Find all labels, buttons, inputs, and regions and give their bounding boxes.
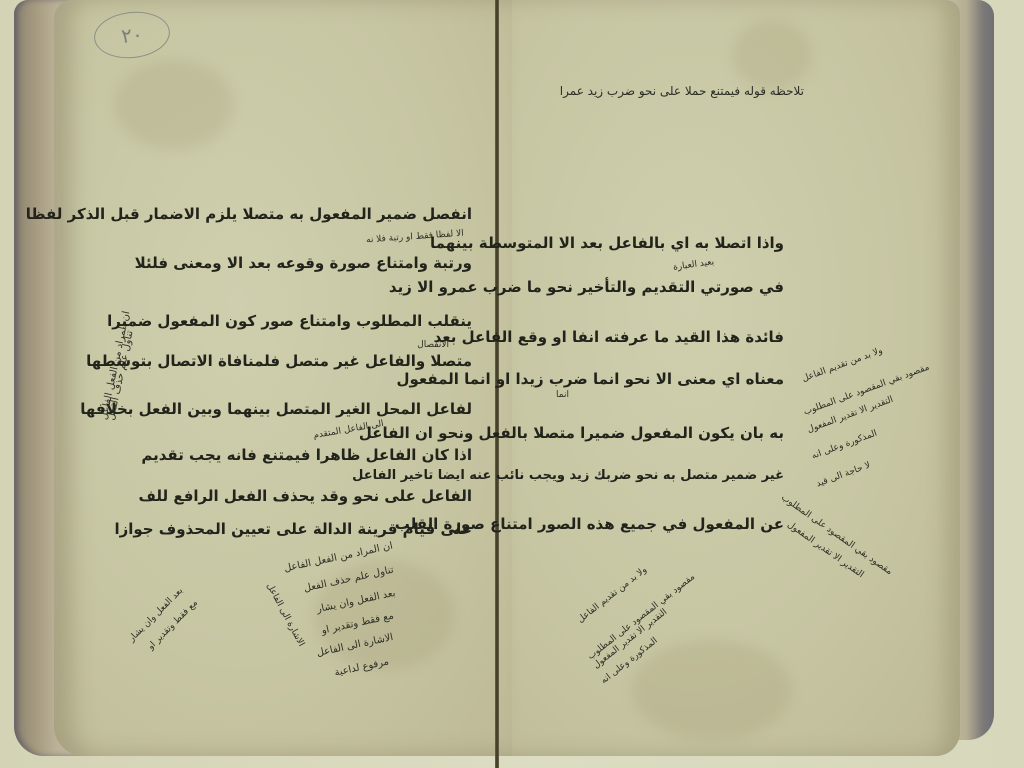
right-main-line: غير ضمير متصل به نحو ضربك زيد ويجب نائب … <box>352 468 784 483</box>
left-main-line: اذا كان الفاعل ظاهرا فيمتنع فانه يجب تقد… <box>141 446 472 464</box>
right-main-line: به بان يكون المفعول ضميرا متصلا بالفعل و… <box>359 424 784 442</box>
left-main-line: انفصل ضمير المفعول به متصلا يلزم الاضمار… <box>26 205 472 223</box>
right-main-line: واذا اتصلا به اي بالفاعل بعد الا المتوسط… <box>430 234 784 252</box>
right-main-line: فائدة هذا القيد ما عرفته انفا او وقع الف… <box>434 328 784 346</box>
right-main-line: في صورتي التقديم والتأخير نحو ما ضرب عمر… <box>389 278 784 296</box>
left-main-line: لفاعل المحل الغير المتصل بينهما وبين الف… <box>80 400 472 418</box>
left-main-line: ورتبة وامتناع صورة وقوعه بعد الا ومعنى ف… <box>135 254 472 272</box>
left-main-line: الفاعل على نحو وقد يحذف الفعل الرافع للف <box>139 487 473 505</box>
right-main-line: معناه اي معنى الا نحو انما ضرب زيدا او ا… <box>396 370 784 388</box>
left-main-line: ينقلب المطلوب وامتناع صور كون المفعول ضم… <box>107 312 472 330</box>
right-header-line: تلاحظه قوله فيمتنع حملا على نحو ضرب زيد … <box>560 84 804 98</box>
right-gloss: انما <box>556 390 569 400</box>
left-main-line: متصلا والفاعل غير متصل فلمنافاة الاتصال … <box>86 352 472 370</box>
right-main-line: عن المفعول في جميع هذه الصور امتناع صورة… <box>395 515 784 533</box>
